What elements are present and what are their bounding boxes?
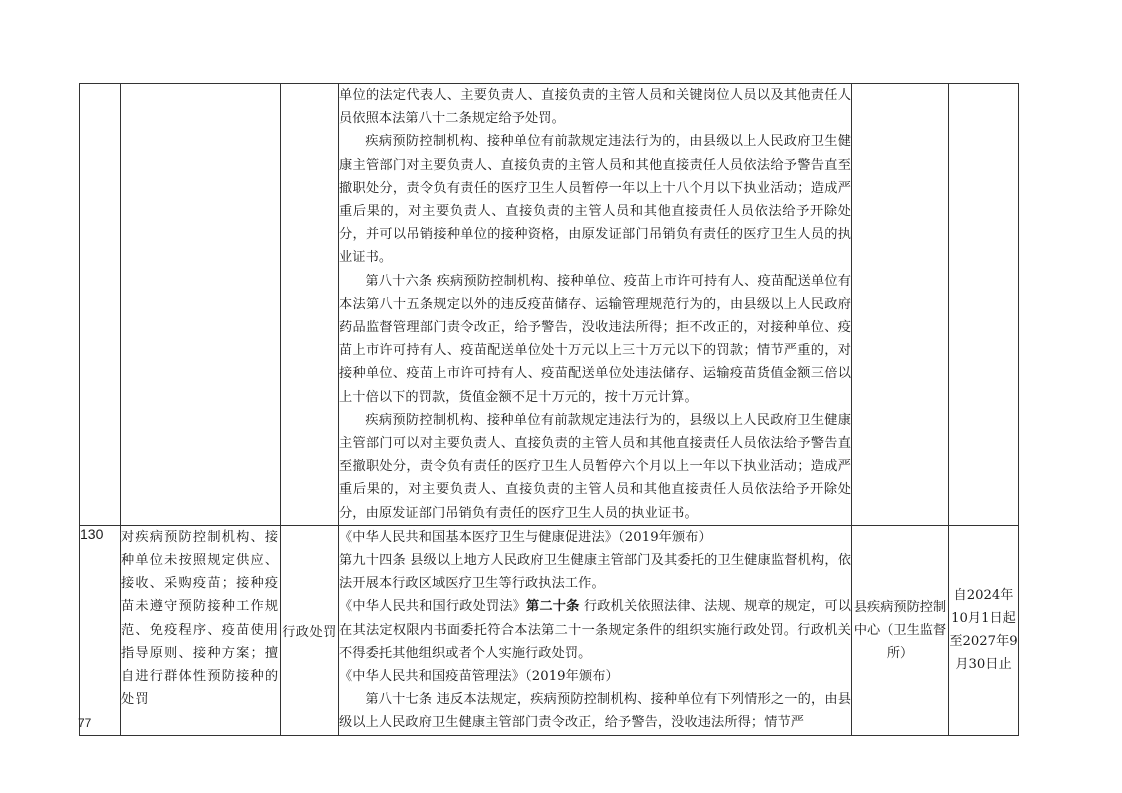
cell-item: 对疾病预防控制机构、接种单位未按照规定供应、接收、采购疫苗；接种疫苗未遵守预防接…	[121, 525, 281, 735]
law-article: 第九十四条 县级以上地方人民政府卫生健康主管部门及其委托的卫生健康监督机构，依法…	[339, 549, 851, 595]
cell-number	[80, 84, 121, 526]
enforcement-table: 单位的法定代表人、主要负责人、直接负责的主管人员和关键岗位人员以及其他责任人员依…	[79, 83, 1019, 736]
cell-item	[121, 84, 281, 526]
cell-organization: 县疾病预防控制中心（卫生监督所）	[852, 525, 949, 735]
cell-organization	[852, 84, 949, 526]
cell-period: 自2024年10月1日起至2027年9月30日止	[949, 525, 1019, 735]
law-article: 第八十七条 违反本法规定，疾病预防控制机构、接种单位有下列情形之一的，由县级以上…	[339, 688, 851, 734]
cell-legal-basis: 《中华人民共和国基本医疗卫生与健康促进法》（2019年颁布） 第九十四条 县级以…	[339, 525, 852, 735]
table-row-130: 130 对疾病预防控制机构、接种单位未按照规定供应、接收、采购疫苗；接种疫苗未遵…	[80, 525, 1019, 735]
basis-paragraph: 疾病预防控制机构、接种单位有前款规定违法行为的，由县级以上人民政府卫生健康主管部…	[339, 130, 851, 269]
law-title: 《中华人民共和国疫苗管理法》（2019年颁布）	[339, 665, 851, 688]
cell-period	[949, 84, 1019, 526]
cell-type: 行政处罚	[281, 525, 339, 735]
basis-paragraph: 第八十六条 疾病预防控制机构、接种单位、疫苗上市许可持有人、疫苗配送单位有本法第…	[339, 270, 851, 409]
page-number: 77	[78, 716, 91, 730]
law-article: 《中华人民共和国行政处罚法》第二十条 行政机关依照法律、法规、规章的规定，可以在…	[339, 595, 851, 665]
table-row-continued: 单位的法定代表人、主要负责人、直接负责的主管人员和关键岗位人员以及其他责任人员依…	[80, 84, 1019, 526]
cell-number: 130	[80, 525, 121, 735]
law-title: 《中华人民共和国行政处罚法》	[339, 599, 526, 614]
law-title: 《中华人民共和国基本医疗卫生与健康促进法》（2019年颁布）	[339, 526, 851, 549]
cell-type	[281, 84, 339, 526]
article-number: 第二十条	[526, 599, 579, 614]
basis-paragraph: 单位的法定代表人、主要负责人、直接负责的主管人员和关键岗位人员以及其他责任人员依…	[339, 84, 851, 130]
basis-paragraph: 疾病预防控制机构、接种单位有前款规定违法行为的，县级以上人民政府卫生健康主管部门…	[339, 409, 851, 525]
cell-legal-basis: 单位的法定代表人、主要负责人、直接负责的主管人员和关键岗位人员以及其他责任人员依…	[339, 84, 852, 526]
